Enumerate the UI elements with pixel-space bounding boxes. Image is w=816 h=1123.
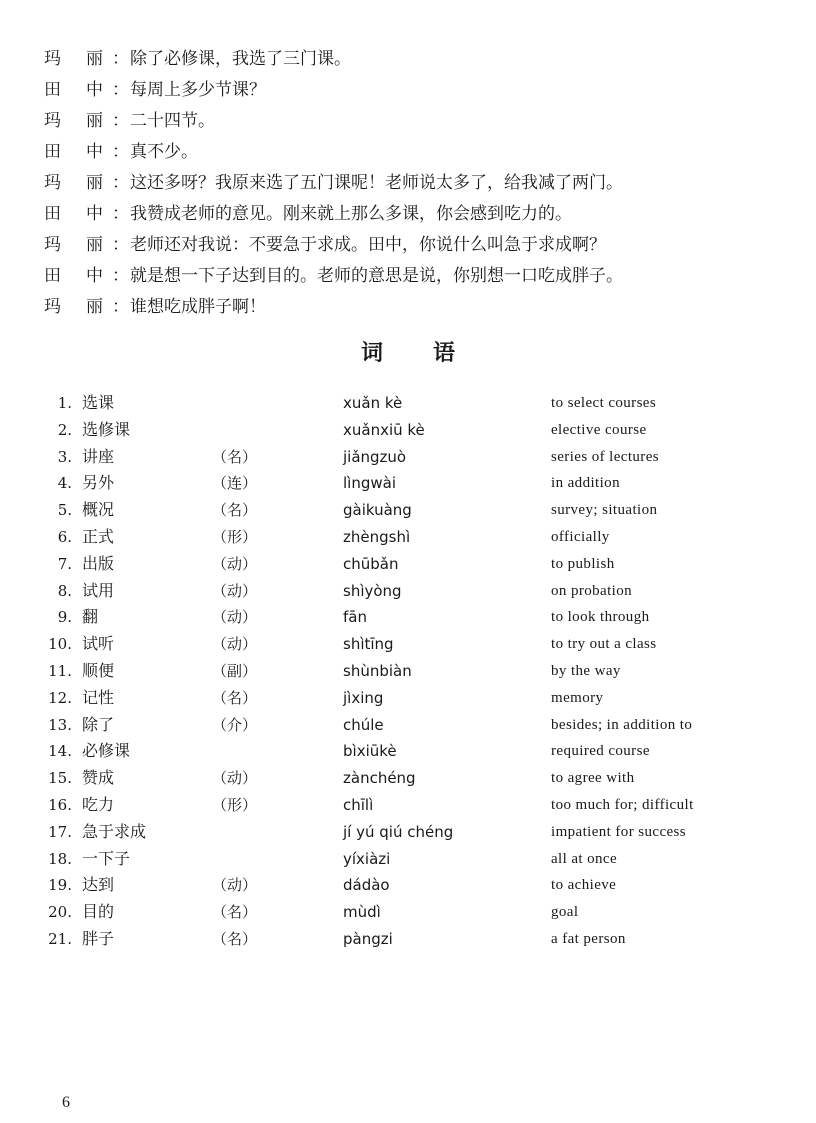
speaker-name: 田中：: [44, 75, 130, 106]
vocab-definition: to achieve: [551, 872, 616, 899]
vocab-word: 正式: [82, 524, 114, 551]
vocab-pinyin: jí yú qiú chéng: [343, 819, 453, 846]
vocab-number: 3.: [44, 444, 72, 471]
dialogue-text: 我赞成老师的意见。刚来就上那么多课，你会感到吃力的。: [130, 199, 572, 230]
vocab-word: 选课: [82, 390, 114, 417]
vocab-row: 19.达到（动）dádàoto achieve: [44, 872, 784, 899]
vocab-pinyin: fān: [343, 604, 367, 631]
vocab-definition: to look through: [551, 604, 650, 631]
vocab-definition: by the way: [551, 658, 621, 685]
speaker-char-2: 丽: [86, 168, 112, 199]
vocab-number: 11.: [44, 658, 72, 685]
dialogue-text: 除了必修课，我选了三门课。: [130, 44, 351, 75]
speaker-name: 玛丽：: [44, 230, 130, 261]
vocab-row: 11.顺便（副）shùnbiànby the way: [44, 658, 784, 685]
vocab-number: 5.: [44, 497, 72, 524]
vocab-row: 6.正式（形）zhèngshìofficially: [44, 524, 784, 551]
vocab-part-of-speech: （动）: [212, 578, 257, 605]
vocab-part-of-speech: （副）: [212, 658, 257, 685]
vocab-word: 除了: [82, 712, 114, 739]
vocab-row: 9.翻（动）fānto look through: [44, 604, 784, 631]
speaker-colon: ：: [112, 106, 130, 137]
vocab-row: 8.试用（动）shìyòngon probation: [44, 578, 784, 605]
vocab-number: 16.: [44, 792, 72, 819]
vocab-pinyin: xuǎn kè: [343, 390, 402, 417]
vocab-part-of-speech: （名）: [212, 926, 257, 953]
vocab-definition: to select courses: [551, 390, 656, 417]
vocab-pinyin: mùdì: [343, 899, 381, 926]
speaker-name: 玛丽：: [44, 44, 130, 75]
vocab-word: 必修课: [82, 738, 130, 765]
vocab-definition: to agree with: [551, 765, 635, 792]
speaker-char-2: 丽: [86, 106, 112, 137]
vocab-pinyin: jìxing: [343, 685, 383, 712]
vocab-row: 13.除了（介）chúlebesides; in addition to: [44, 712, 784, 739]
vocab-pinyin: dádào: [343, 872, 390, 899]
section-heading: 词语: [0, 336, 816, 367]
dialogue-line: 玛丽：二十四节。: [44, 106, 784, 137]
vocab-definition: required course: [551, 738, 650, 765]
vocab-word: 赞成: [82, 765, 114, 792]
speaker-char-1: 田: [44, 199, 86, 230]
vocab-row: 7.出版（动）chūbǎnto publish: [44, 551, 784, 578]
vocab-row: 15.赞成（动）zànchéngto agree with: [44, 765, 784, 792]
vocab-row: 18.一下子yíxiàziall at once: [44, 846, 784, 873]
speaker-colon: ：: [112, 230, 130, 261]
speaker-char-2: 中: [86, 75, 112, 106]
speaker-colon: ：: [112, 137, 130, 168]
speaker-colon: ：: [112, 44, 130, 75]
vocab-part-of-speech: （形）: [212, 792, 257, 819]
vocab-part-of-speech: （介）: [212, 712, 257, 739]
dialogue-text: 真不少。: [130, 137, 198, 168]
vocab-definition: all at once: [551, 846, 617, 873]
vocab-part-of-speech: （形）: [212, 524, 257, 551]
dialogue-line: 玛丽：这还多呀？我原来选了五门课呢！老师说太多了，给我减了两门。: [44, 168, 784, 199]
vocab-row: 20.目的（名）mùdìgoal: [44, 899, 784, 926]
vocab-word: 胖子: [82, 926, 114, 953]
vocab-word: 一下子: [82, 846, 130, 873]
dialogue-line: 田中：每周上多少节课？: [44, 75, 784, 106]
vocab-part-of-speech: （动）: [212, 872, 257, 899]
dialogue-text: 这还多呀？我原来选了五门课呢！老师说太多了，给我减了两门。: [130, 168, 623, 199]
vocab-number: 20.: [44, 899, 72, 926]
speaker-name: 玛丽：: [44, 168, 130, 199]
vocab-definition: too much for; difficult: [551, 792, 694, 819]
vocab-pinyin: bìxiūkè: [343, 738, 397, 765]
heading-char-2: 语: [433, 336, 455, 367]
vocab-word: 翻: [82, 604, 98, 631]
page-number: 6: [62, 1094, 70, 1112]
vocab-definition: elective course: [551, 417, 647, 444]
speaker-char-2: 丽: [86, 230, 112, 261]
vocab-part-of-speech: （名）: [212, 899, 257, 926]
vocab-definition: series of lectures: [551, 444, 659, 471]
vocab-number: 19.: [44, 872, 72, 899]
speaker-char-1: 田: [44, 261, 86, 292]
dialogue-line: 玛丽：老师还对我说：不要急于求成。田中，你说什么叫急于求成啊？: [44, 230, 784, 261]
speaker-char-1: 田: [44, 75, 86, 106]
vocab-number: 18.: [44, 846, 72, 873]
vocab-definition: a fat person: [551, 926, 626, 953]
vocab-word: 目的: [82, 899, 114, 926]
vocab-number: 12.: [44, 685, 72, 712]
vocab-word: 选修课: [82, 417, 130, 444]
vocab-pinyin: shìyòng: [343, 578, 402, 605]
dialogue-line: 田中：真不少。: [44, 137, 784, 168]
vocab-pinyin: chīlì: [343, 792, 373, 819]
vocab-pinyin: zhèngshì: [343, 524, 410, 551]
vocab-row: 1.选课xuǎn kèto select courses: [44, 390, 784, 417]
vocab-pinyin: pàngzi: [343, 926, 393, 953]
vocab-part-of-speech: （动）: [212, 604, 257, 631]
vocab-part-of-speech: （名）: [212, 444, 257, 471]
speaker-char-1: 玛: [44, 292, 86, 323]
speaker-char-2: 丽: [86, 292, 112, 323]
speaker-char-2: 中: [86, 261, 112, 292]
vocab-number: 6.: [44, 524, 72, 551]
speaker-colon: ：: [112, 168, 130, 199]
speaker-char-2: 丽: [86, 44, 112, 75]
speaker-char-1: 玛: [44, 230, 86, 261]
vocab-part-of-speech: （动）: [212, 551, 257, 578]
vocab-number: 21.: [44, 926, 72, 953]
vocab-part-of-speech: （连）: [212, 470, 257, 497]
vocab-pinyin: chūbǎn: [343, 551, 398, 578]
vocab-row: 21.胖子（名）pàngzia fat person: [44, 926, 784, 953]
speaker-name: 玛丽：: [44, 292, 130, 323]
vocab-definition: on probation: [551, 578, 632, 605]
dialogue-line: 玛丽：除了必修课，我选了三门课。: [44, 44, 784, 75]
vocab-word: 吃力: [82, 792, 114, 819]
vocab-number: 4.: [44, 470, 72, 497]
dialogue-text: 老师还对我说：不要急于求成。田中，你说什么叫急于求成啊？: [130, 230, 606, 261]
vocab-pinyin: gàikuàng: [343, 497, 412, 524]
vocab-word: 达到: [82, 872, 114, 899]
speaker-name: 田中：: [44, 199, 130, 230]
vocab-number: 17.: [44, 819, 72, 846]
vocab-part-of-speech: （动）: [212, 765, 257, 792]
heading-char-1: 词: [361, 336, 383, 367]
vocab-definition: besides; in addition to: [551, 712, 692, 739]
vocab-part-of-speech: （动）: [212, 631, 257, 658]
vocab-word: 顺便: [82, 658, 114, 685]
vocab-definition: impatient for success: [551, 819, 686, 846]
vocab-pinyin: xuǎnxiū kè: [343, 417, 425, 444]
vocab-definition: goal: [551, 899, 578, 926]
vocab-pinyin: shùnbiàn: [343, 658, 412, 685]
vocab-pinyin: lìngwài: [343, 470, 396, 497]
speaker-char-1: 田: [44, 137, 86, 168]
vocab-pinyin: shìtīng: [343, 631, 394, 658]
vocab-word: 记性: [82, 685, 114, 712]
vocab-part-of-speech: （名）: [212, 497, 257, 524]
dialogue-text: 谁想吃成胖子啊！: [130, 292, 266, 323]
speaker-char-2: 中: [86, 137, 112, 168]
vocab-part-of-speech: （名）: [212, 685, 257, 712]
vocab-pinyin: yíxiàzi: [343, 846, 390, 873]
speaker-colon: ：: [112, 199, 130, 230]
vocab-word: 急于求成: [82, 819, 146, 846]
vocab-number: 10.: [44, 631, 72, 658]
dialogue-text: 二十四节。: [130, 106, 215, 137]
vocab-row: 5.概况（名）gàikuàngsurvey; situation: [44, 497, 784, 524]
dialogue: 玛丽：除了必修课，我选了三门课。田中：每周上多少节课？玛丽：二十四节。田中：真不…: [44, 44, 784, 323]
dialogue-line: 田中：就是想一下子达到目的。老师的意思是说，你别想一口吃成胖子。: [44, 261, 784, 292]
vocab-number: 7.: [44, 551, 72, 578]
vocab-number: 2.: [44, 417, 72, 444]
vocab-word: 试用: [82, 578, 114, 605]
vocab-number: 1.: [44, 390, 72, 417]
speaker-name: 田中：: [44, 261, 130, 292]
vocab-row: 17.急于求成jí yú qiú chéngimpatient for succ…: [44, 819, 784, 846]
speaker-char-1: 玛: [44, 106, 86, 137]
vocab-row: 4.另外（连）lìngwàiin addition: [44, 470, 784, 497]
dialogue-text: 每周上多少节课？: [130, 75, 266, 106]
speaker-colon: ：: [112, 292, 130, 323]
vocab-row: 16.吃力（形）chīlìtoo much for; difficult: [44, 792, 784, 819]
vocab-word: 概况: [82, 497, 114, 524]
vocab-definition: memory: [551, 685, 603, 712]
speaker-colon: ：: [112, 75, 130, 106]
vocab-number: 13.: [44, 712, 72, 739]
speaker-name: 田中：: [44, 137, 130, 168]
vocab-word: 另外: [82, 470, 114, 497]
dialogue-line: 玛丽：谁想吃成胖子啊！: [44, 292, 784, 323]
vocab-row: 12.记性（名）jìxingmemory: [44, 685, 784, 712]
vocab-row: 2.选修课xuǎnxiū kèelective course: [44, 417, 784, 444]
vocab-number: 8.: [44, 578, 72, 605]
vocab-word: 试听: [82, 631, 114, 658]
vocab-number: 14.: [44, 738, 72, 765]
vocabulary-list: 1.选课xuǎn kèto select courses2.选修课xuǎnxiū…: [44, 390, 784, 953]
speaker-char-1: 玛: [44, 168, 86, 199]
speaker-name: 玛丽：: [44, 106, 130, 137]
speaker-char-1: 玛: [44, 44, 86, 75]
vocab-word: 讲座: [82, 444, 114, 471]
vocab-number: 15.: [44, 765, 72, 792]
vocab-definition: to try out a class: [551, 631, 657, 658]
vocab-pinyin: chúle: [343, 712, 384, 739]
vocab-definition: survey; situation: [551, 497, 657, 524]
vocab-definition: in addition: [551, 470, 620, 497]
vocab-row: 14.必修课bìxiūkèrequired course: [44, 738, 784, 765]
speaker-char-2: 中: [86, 199, 112, 230]
vocab-definition: officially: [551, 524, 610, 551]
dialogue-text: 就是想一下子达到目的。老师的意思是说，你别想一口吃成胖子。: [130, 261, 623, 292]
vocab-definition: to publish: [551, 551, 615, 578]
vocab-row: 10.试听（动）shìtīngto try out a class: [44, 631, 784, 658]
speaker-colon: ：: [112, 261, 130, 292]
vocab-pinyin: jiǎngzuò: [343, 444, 406, 471]
vocab-word: 出版: [82, 551, 114, 578]
vocab-number: 9.: [44, 604, 72, 631]
vocab-row: 3.讲座（名）jiǎngzuòseries of lectures: [44, 444, 784, 471]
vocab-pinyin: zànchéng: [343, 765, 416, 792]
dialogue-line: 田中：我赞成老师的意见。刚来就上那么多课，你会感到吃力的。: [44, 199, 784, 230]
